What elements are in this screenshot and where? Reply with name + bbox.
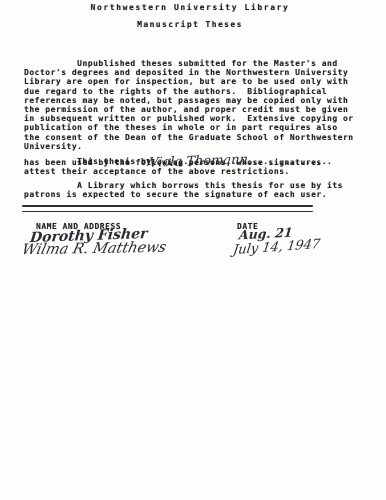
restrictions-paragraph: Unpublished theses submitted for the Mas… xyxy=(24,59,354,151)
divider-rule-bottom xyxy=(22,211,313,213)
signature-row-2-name: Wilma R. Matthews xyxy=(20,240,168,259)
page-title: Northwestern University Library xyxy=(0,3,380,12)
scanned-document-page: Northwestern University Library Manuscri… xyxy=(0,0,386,500)
library-loan-paragraph: A Library which borrows this thesis for … xyxy=(24,181,343,199)
page-subtitle: Manuscript Theses xyxy=(0,20,380,29)
divider-rule-top xyxy=(22,205,313,207)
usage-paragraph: has been used by the following persons, … xyxy=(24,158,322,176)
